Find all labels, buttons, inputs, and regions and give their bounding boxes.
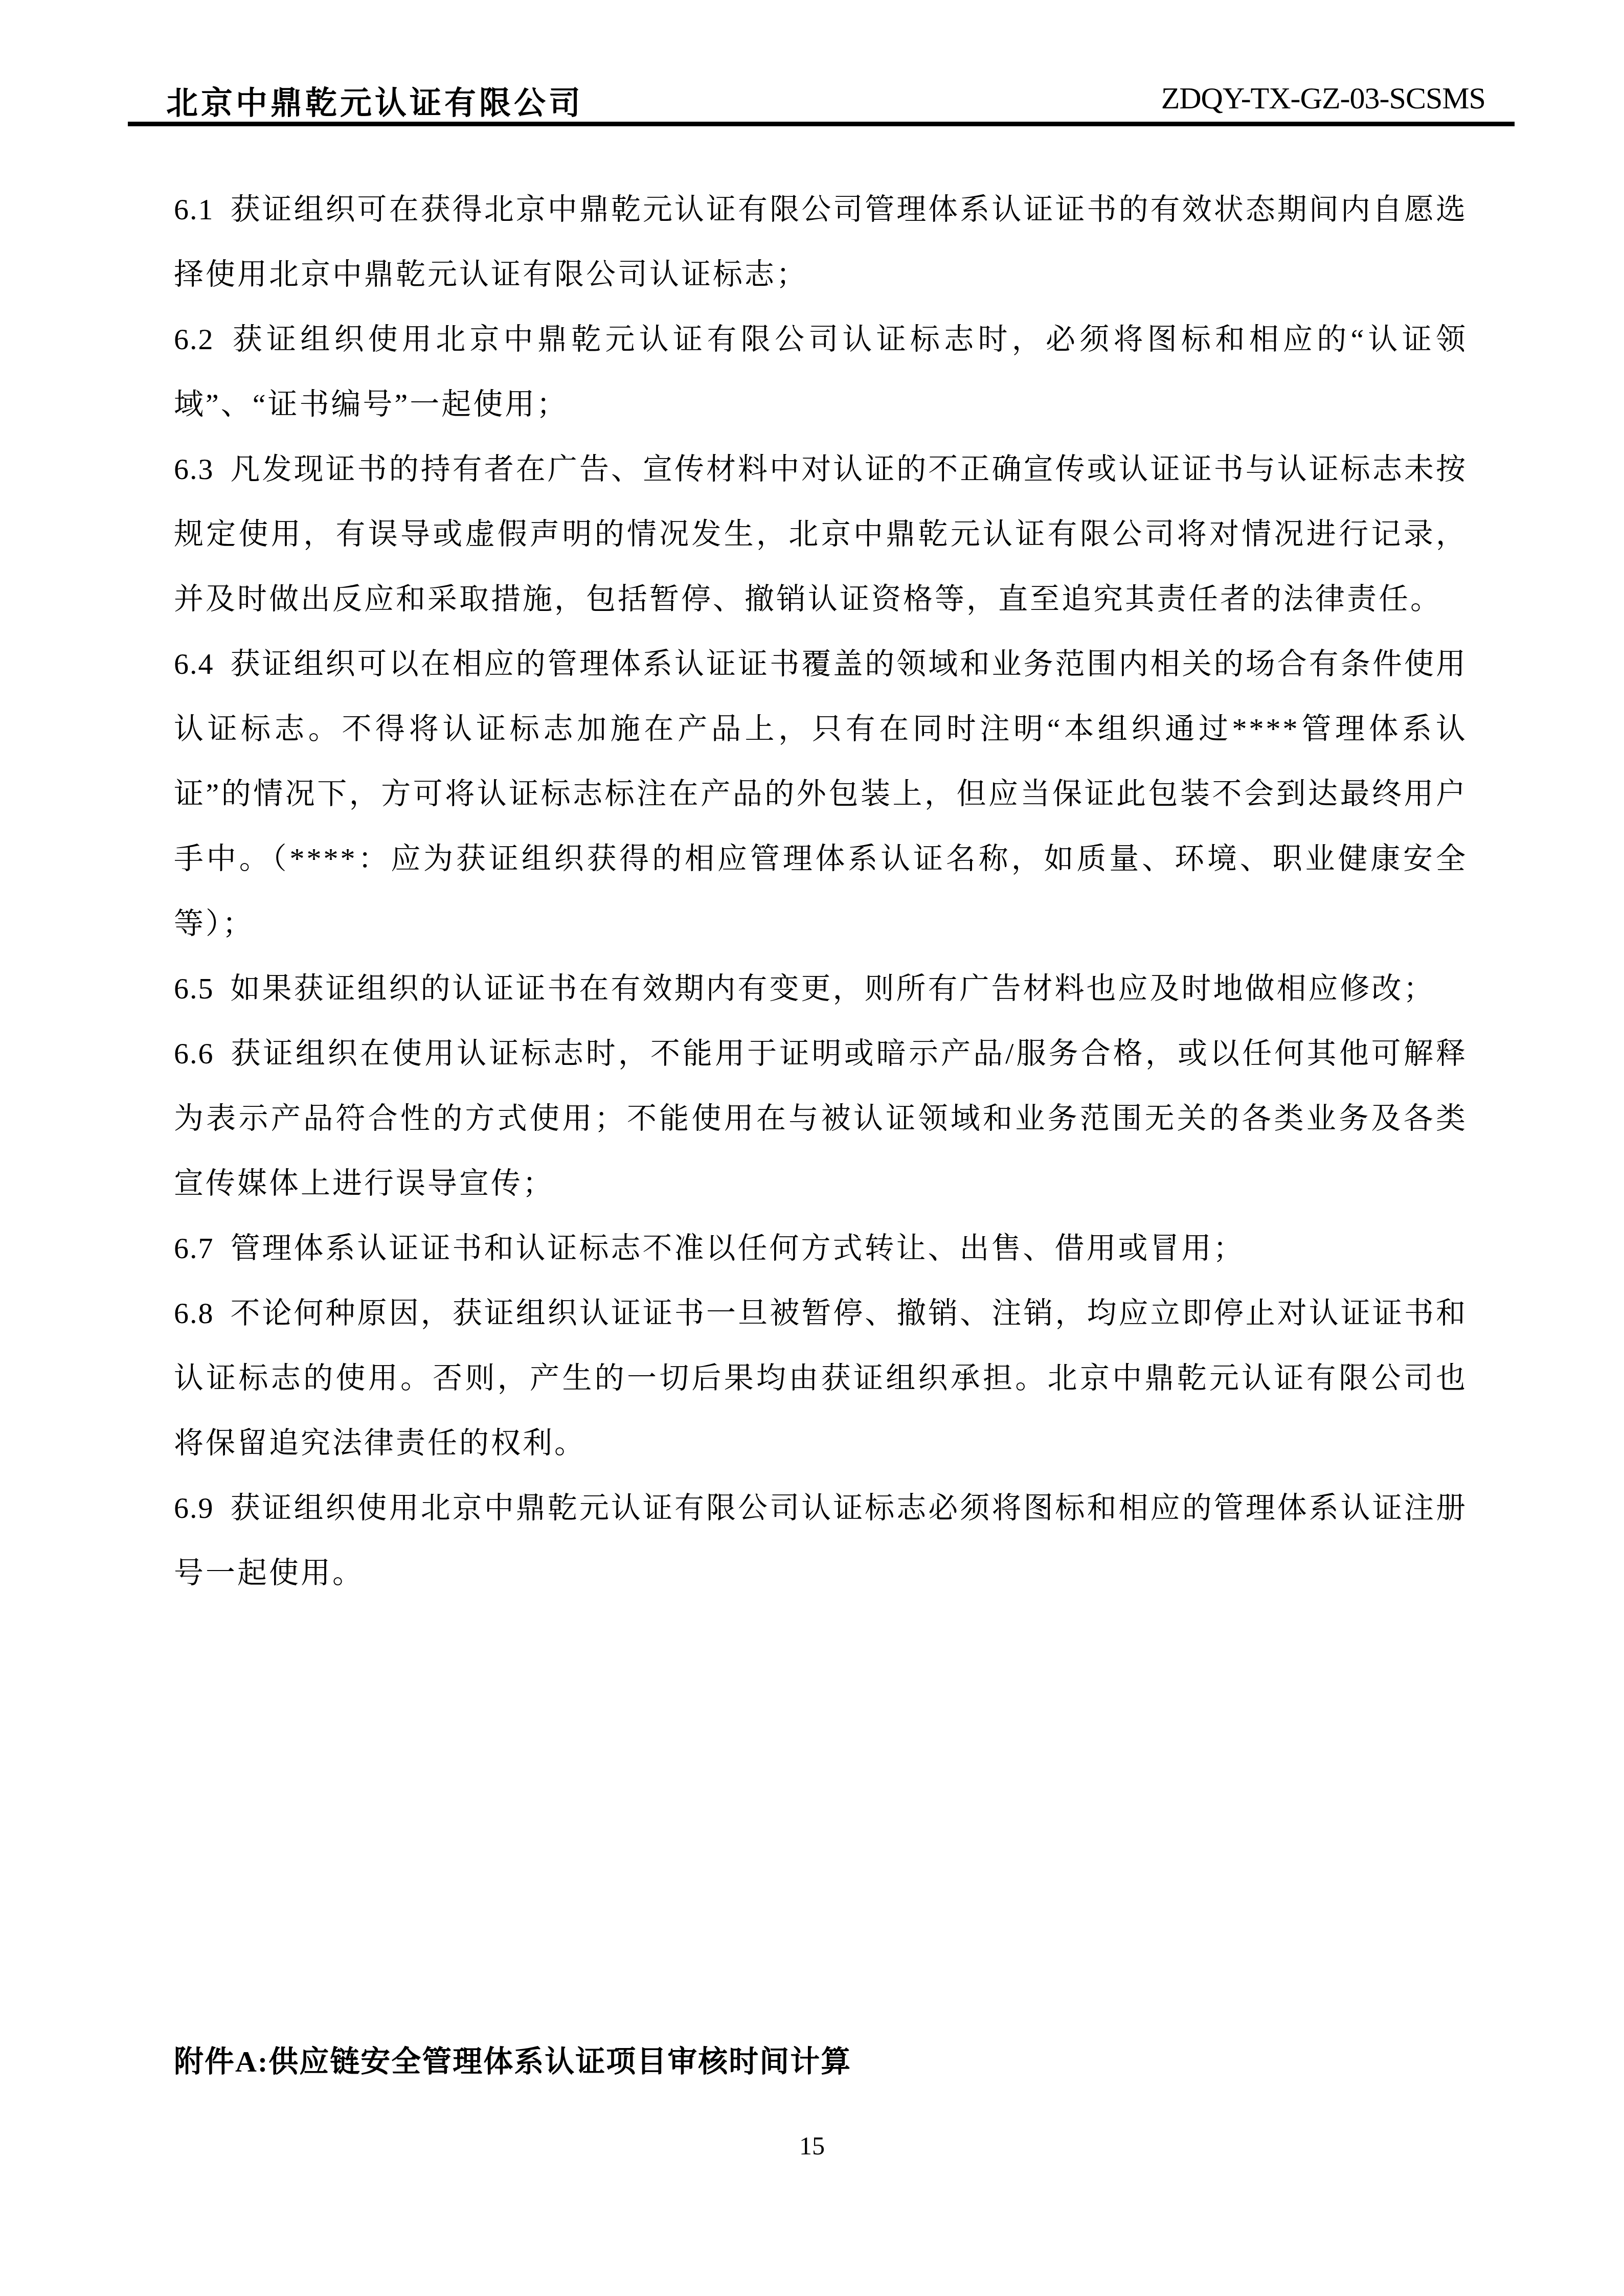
- clause-text: 获证组织使用北京中鼎乾元认证有限公司认证标志必须将图标和相应的管理体系认证注册号…: [174, 1491, 1468, 1589]
- clause-paragraph-6-6: 6.6获证组织在使用认证标志时，不能用于证明或暗示产品/服务合格，或以任何其他可…: [174, 1021, 1468, 1216]
- clause-text: 获证组织在使用认证标志时，不能用于证明或暗示产品/服务合格，或以任何其他可解释为…: [174, 1037, 1468, 1200]
- clause-number: 6.3: [174, 452, 214, 486]
- document-body: 6.1获证组织可在获得北京中鼎乾元认证有限公司管理体系认证证书的有效状态期间内自…: [174, 177, 1468, 1605]
- clause-text: 管理体系认证证书和认证标志不准以任何方式转让、出售、借用或冒用；: [230, 1232, 1245, 1265]
- header-company-name: 北京中鼎乾元认证有限公司: [166, 78, 583, 123]
- clause-paragraph-6-9: 6.9获证组织使用北京中鼎乾元认证有限公司认证标志必须将图标和相应的管理体系认证…: [174, 1475, 1468, 1605]
- clause-text: 获证组织可在获得北京中鼎乾元认证有限公司管理体系认证证书的有效状态期间内自愿选择…: [174, 193, 1468, 291]
- clause-number: 6.6: [174, 1037, 214, 1070]
- clause-text: 如果获证组织的认证证书在有效期内有变更，则所有广告材料也应及时地做相应修改；: [230, 972, 1435, 1005]
- header-document-code: ZDQY-TX-GZ-03-SCSMS: [1161, 81, 1485, 116]
- clause-number: 6.2: [174, 323, 214, 356]
- clause-paragraph-6-1: 6.1获证组织可在获得北京中鼎乾元认证有限公司管理体系认证证书的有效状态期间内自…: [174, 177, 1468, 307]
- clause-text: 获证组织可以在相应的管理体系认证证书覆盖的领域和业务范围内相关的场合有条件使用认…: [174, 647, 1468, 940]
- clause-number: 6.4: [174, 647, 214, 680]
- clause-text: 不论何种原因，获证组织认证证书一旦被暂停、撤销、注销，均应立即停止对认证证书和认…: [174, 1297, 1468, 1460]
- clause-paragraph-6-2: 6.2获证组织使用北京中鼎乾元认证有限公司认证标志时，必须将图标和相应的“认证领…: [174, 307, 1468, 437]
- page-number: 15: [0, 2131, 1624, 2161]
- clause-paragraph-6-8: 6.8不论何种原因，获证组织认证证书一旦被暂停、撤销、注销，均应立即停止对认证证…: [174, 1281, 1468, 1475]
- clause-paragraph-6-5: 6.5如果获证组织的认证证书在有效期内有变更，则所有广告材料也应及时地做相应修改…: [174, 956, 1468, 1021]
- clause-text: 凡发现证书的持有者在广告、宣传材料中对认证的不正确宣传或认证证书与认证标志未按规…: [174, 452, 1468, 616]
- clause-number: 6.8: [174, 1297, 214, 1330]
- clause-text: 获证组织使用北京中鼎乾元认证有限公司认证标志时，必须将图标和相应的“认证领域”、…: [174, 323, 1468, 421]
- clause-number: 6.1: [174, 193, 214, 226]
- clause-paragraph-6-7: 6.7管理体系认证证书和认证标志不准以任何方式转让、出售、借用或冒用；: [174, 1216, 1468, 1281]
- document-page: 北京中鼎乾元认证有限公司 ZDQY-TX-GZ-03-SCSMS 6.1获证组织…: [0, 0, 1624, 2296]
- clause-number: 6.7: [174, 1232, 214, 1265]
- attachment-note: 附件A:供应链安全管理体系认证项目审核时间计算: [174, 2037, 851, 2080]
- clause-number: 6.9: [174, 1491, 214, 1525]
- clause-paragraph-6-4: 6.4获证组织可以在相应的管理体系认证证书覆盖的领域和业务范围内相关的场合有条件…: [174, 631, 1468, 956]
- clause-paragraph-6-3: 6.3凡发现证书的持有者在广告、宣传材料中对认证的不正确宣传或认证证书与认证标志…: [174, 437, 1468, 631]
- clause-number: 6.5: [174, 972, 214, 1005]
- header-rule: [128, 122, 1515, 126]
